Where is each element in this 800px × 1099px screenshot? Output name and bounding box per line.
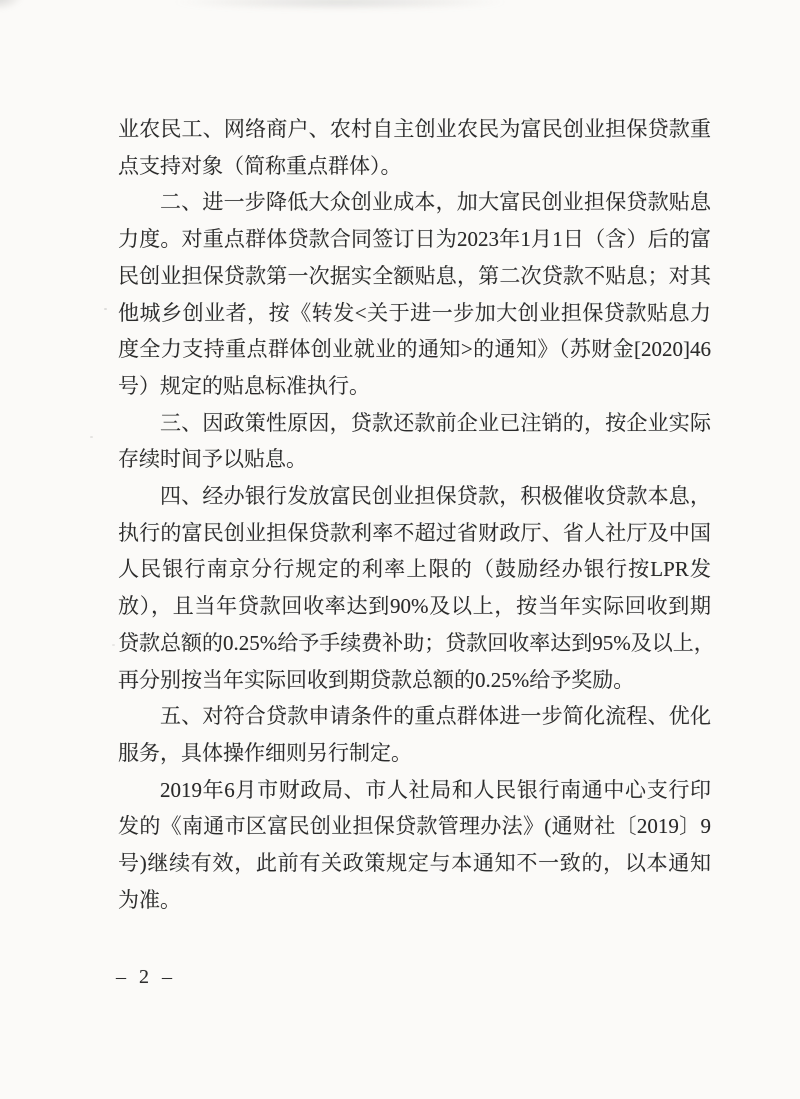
scanned-document-page: { "document": { "paragraphs": [ { "lines… xyxy=(0,0,800,1099)
text-line: 三、因政策性原因，贷款还款前企业已注销的，按企业实际 xyxy=(118,405,711,442)
text-line: 度全力支持重点群体创业就业的通知>的通知》（苏财金[2020]46 xyxy=(118,331,711,368)
text-line: 贷款总额的0.25%给予手续费补助；贷款回收率达到95%及以上， xyxy=(118,625,711,662)
text-line: 2019年6月市财政局、市人社局和人民银行南通中心支行印 xyxy=(118,772,711,809)
scan-smudge xyxy=(0,0,22,10)
text-line: 号）规定的贴息标准执行。 xyxy=(118,368,711,405)
scan-speck xyxy=(104,308,107,310)
text-line: 再分别按当年实际回收到期贷款总额的0.25%给予奖励。 xyxy=(118,662,711,699)
scan-smudge xyxy=(170,0,510,10)
text-line: 人民银行南京分行规定的利率上限的（鼓励经办银行按LPR发 xyxy=(118,551,711,588)
text-line: 二、进一步降低大众创业成本，加大富民创业担保贷款贴息 xyxy=(118,184,711,221)
text-line: 四、经办银行发放富民创业担保贷款，积极催收贷款本息， xyxy=(118,478,711,515)
text-line: 五、对符合贷款申请条件的重点群体进一步简化流程、优化 xyxy=(118,698,711,735)
text-line: 力度。对重点群体贷款合同签订日为2023年1月1日（含）后的富 xyxy=(118,221,711,258)
text-line: 他城乡创业者，按《转发<关于进一步加大创业担保贷款贴息力 xyxy=(118,295,711,332)
text-line: 点支持对象（简称重点群体）。 xyxy=(118,148,711,185)
text-line: 民创业担保贷款第一次据实全额贴息，第二次贷款不贴息；对其 xyxy=(118,258,711,295)
text-line: 服务，具体操作细则另行制定。 xyxy=(118,735,711,772)
text-line: 执行的富民创业担保贷款利率不超过省财政厅、省人社厅及中国 xyxy=(118,515,711,552)
text-line: 业农民工、网络商户、农村自主创业农民为富民创业担保贷款重 xyxy=(118,111,711,148)
page-number: – 2 – xyxy=(116,966,176,989)
text-line: 存续时间予以贴息。 xyxy=(118,441,711,478)
text-line: 放），且当年贷款回收率达到90%及以上，按当年实际回收到期 xyxy=(118,588,711,625)
text-line: 号)继续有效，此前有关政策规定与本通知不一致的，以本通知 xyxy=(118,845,711,882)
text-line: 发的《南通市区富民创业担保贷款管理办法》(通财社〔2019〕9 xyxy=(118,808,711,845)
document-body: 业农民工、网络商户、农村自主创业农民为富民创业担保贷款重 点支持对象（简称重点群… xyxy=(118,111,711,918)
text-line: 为准。 xyxy=(118,882,711,919)
